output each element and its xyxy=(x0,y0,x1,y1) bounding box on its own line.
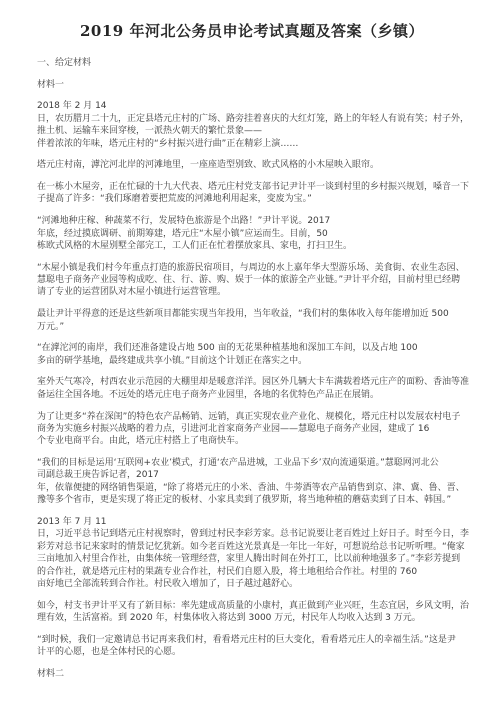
paragraph: 2018 年 2 月 14 日，农历腊月二十九，正定县塔元庄村的广场、路旁挂着喜… xyxy=(37,100,467,150)
material-one-label: 材料一 xyxy=(37,79,467,91)
paragraph: “到时候，我们一定邀请总书记再来我们村，看看塔元庄村的巨大变化，看看塔元庄人的幸… xyxy=(37,634,467,659)
paragraph: “木屋小镇是我们村今年重点打造的旅游民宿项目，与周边的水上嘉年华大型游乐场、美食… xyxy=(37,262,467,299)
paragraph: “我们的目标是运用‘互联网+农业’模式，打通‘农产品进城，工业品下乡’双向流通渠… xyxy=(37,457,467,507)
paragraph: “河滩地种庄稼、种蔬菜不行，发展特色旅游是个出路！”尹计平说。2017 年底，经… xyxy=(37,215,467,252)
material-two-label: 材料二 xyxy=(37,668,467,680)
paragraph: 室外天气寒冷，村西农业示范园的大棚里却是暖意洋洋。园区外几辆大卡车满载着塔元庄产… xyxy=(37,376,467,401)
paragraph: 最让尹计平得意的还是这些新项目都能实现当年投用，当年收益，“我们村的集体收入每年… xyxy=(37,308,467,333)
document-page: 2019 年河北公务员申论考试真题及答案（乡镇） 一、给定材料 材料一 2018… xyxy=(0,0,500,708)
paragraph: 塔元庄村南，滹沱河北岸的河滩地里，一座座造型别致、欧式风格的小木屋映入眼帘。 xyxy=(37,159,467,171)
paragraph: 2013 年 7 月 11 日，习近平总书记到塔元庄村视察时，曾到过村民李彩芳家… xyxy=(37,516,467,590)
paragraph: “在滹沱河的南岸，我们还准备建设占地 500 亩的无花果种植基地和深加工车间，以… xyxy=(37,342,467,367)
section-heading: 一、给定材料 xyxy=(37,57,467,69)
paragraph: 如今，村支书尹计平又有了新目标：率先建成高质量的小康村，真正做到产业兴旺，生态宜… xyxy=(37,600,467,625)
paragraph: 为了让更多“养在深闺”的特色农产品畅销、远销，真正实现农业产业化、规模化，塔元庄… xyxy=(37,411,467,448)
paragraph: 在一栋小木屋旁，正在忙碌的十九大代表、塔元庄村党支部书记尹计平一谈到村里的乡村振… xyxy=(37,181,467,206)
document-title: 2019 年河北公务员申论考试真题及答案（乡镇） xyxy=(37,21,467,41)
